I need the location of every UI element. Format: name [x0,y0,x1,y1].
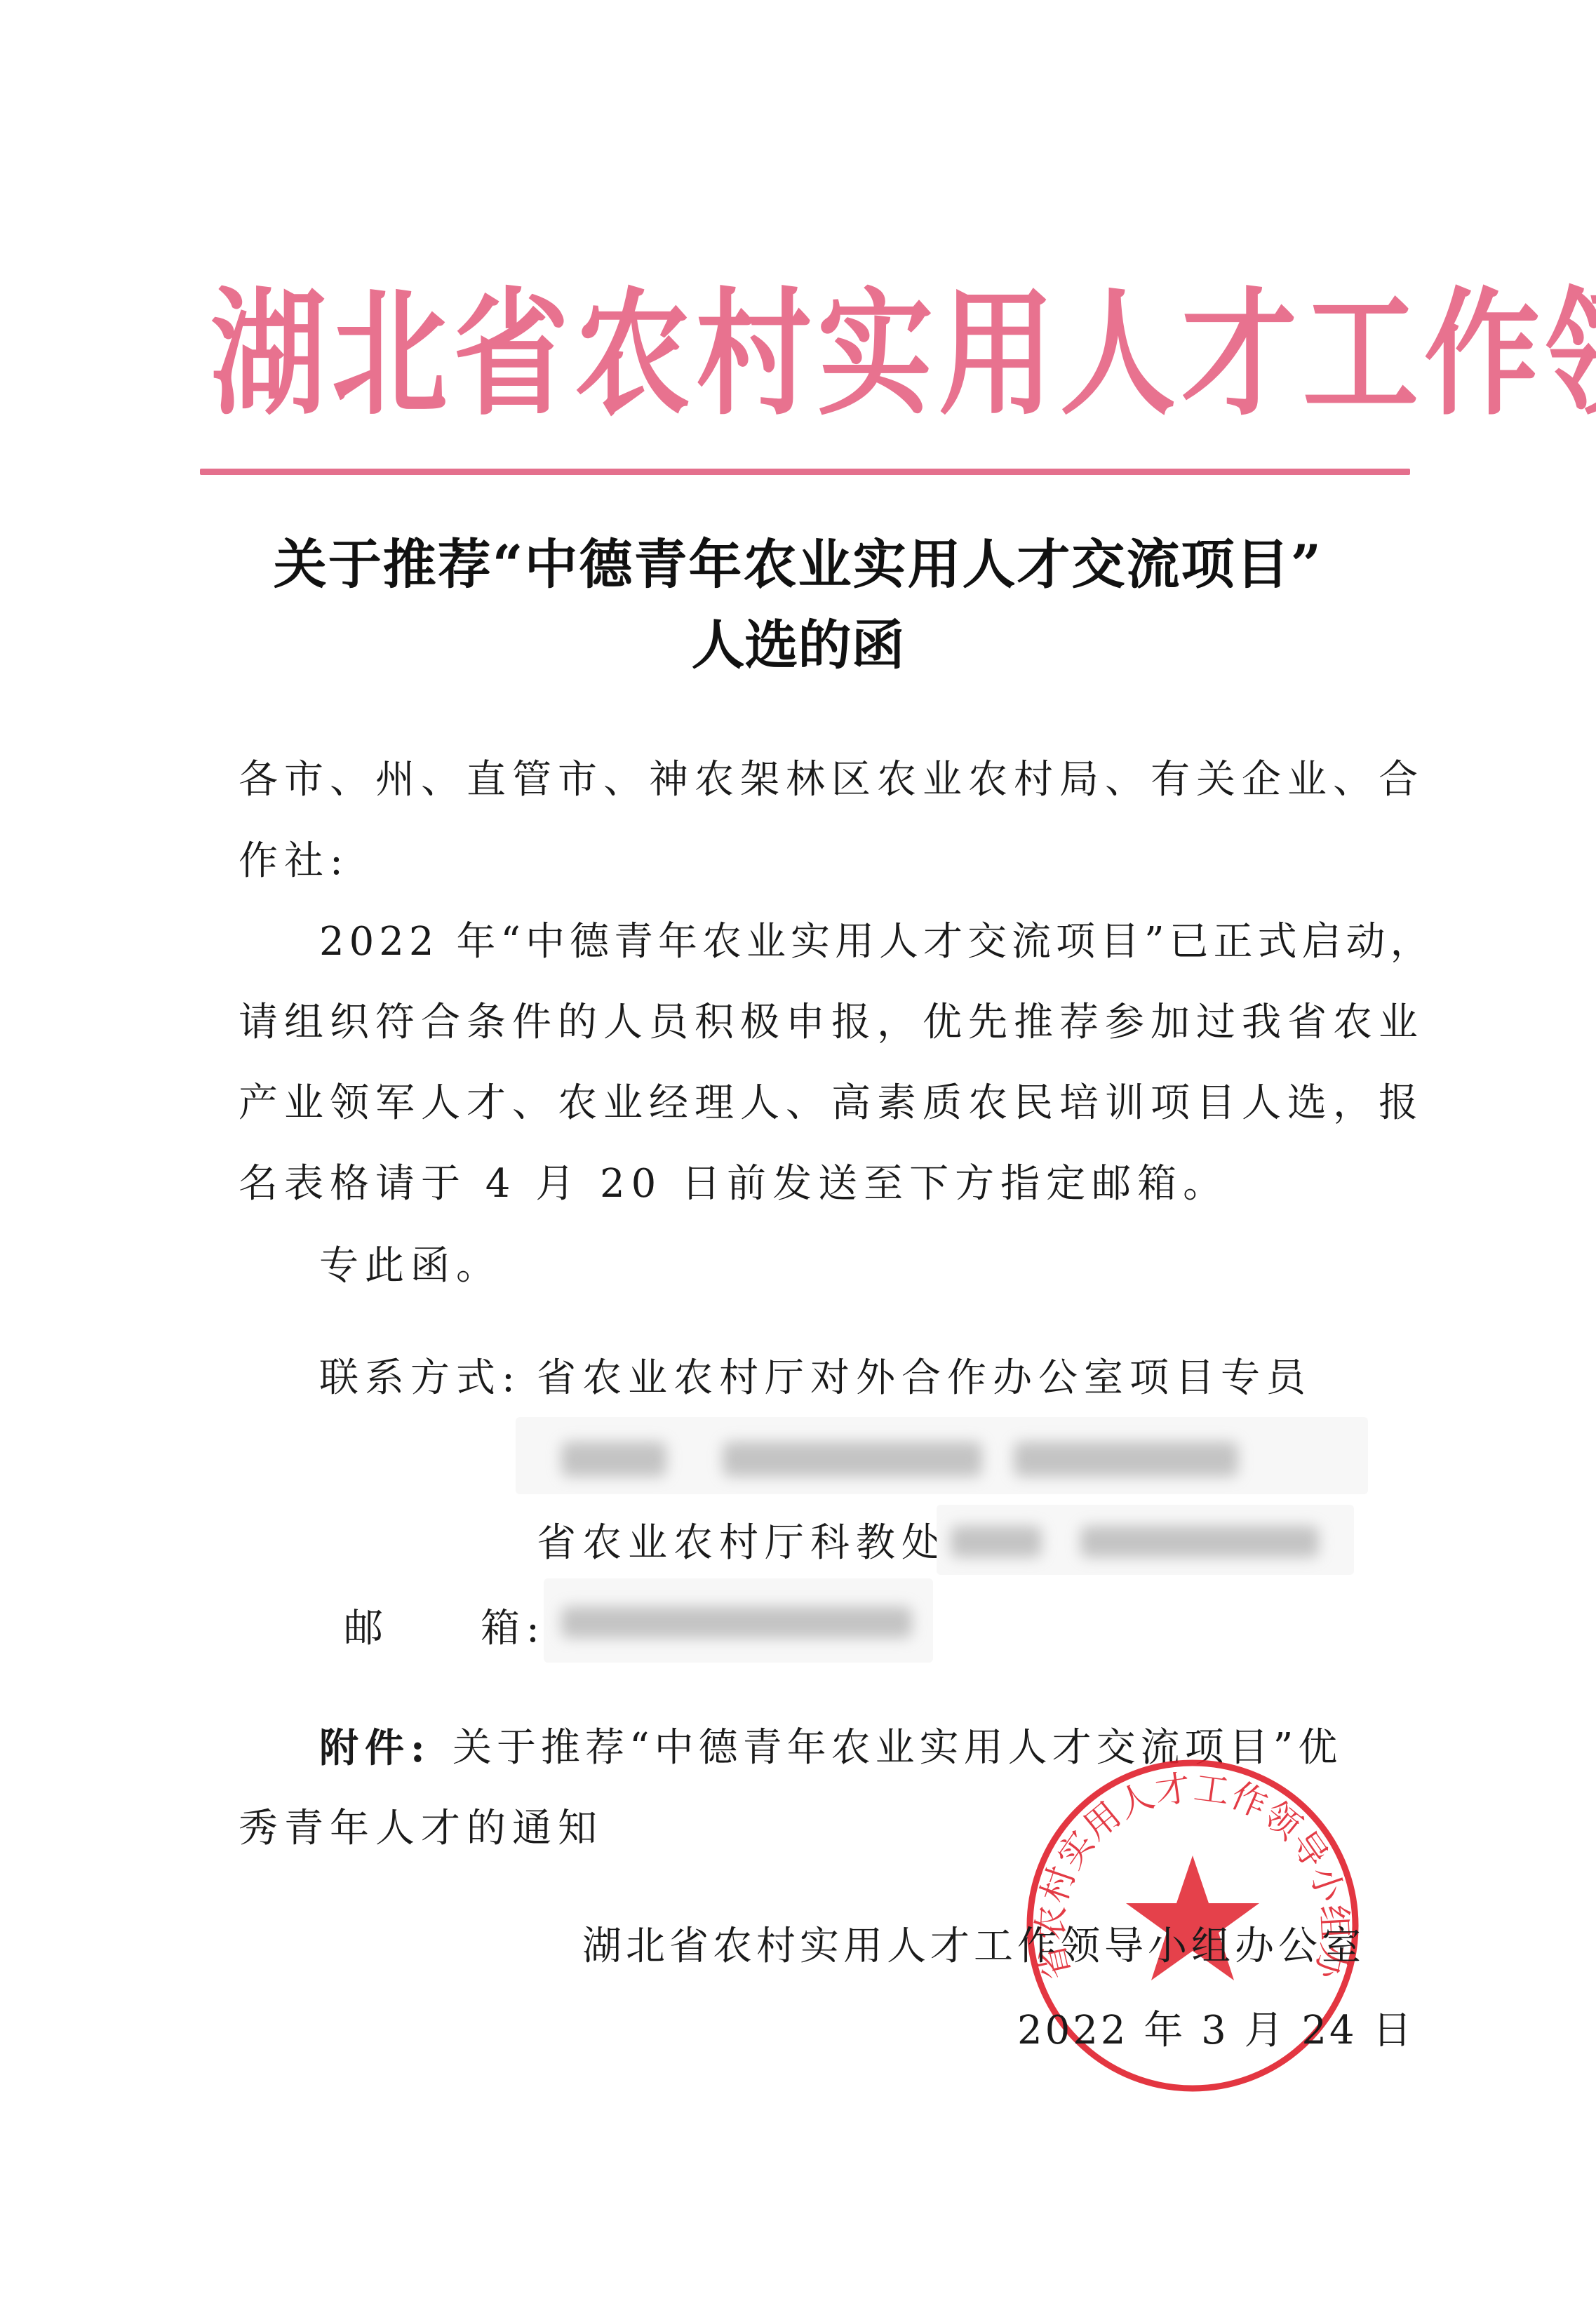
email-label-char-2: 箱: [481,1601,546,1657]
attachment-line-2: 秀青年人才的通知 [239,1801,603,1857]
closing-text: 专此函。 [319,1238,502,1294]
redacted-contact-2 [937,1505,1354,1575]
letterhead-organization: 湖北省农村实用人才工作领导小组办公室 [210,263,1410,445]
document-title-line-1: 关于推荐“中德青年农业实用人才交流项目” [0,530,1596,600]
body-line-4: 名表格请于 4 月 20 日前发送至下方指定邮箱。 [239,1156,1228,1212]
email-label-char-1: 邮 [344,1601,389,1657]
body-line-2: 请组织符合条件的人员积极申报，优先推荐参加过我省农业 [239,995,1424,1051]
body-line-3: 产业领军人才、农业经理人、高素质农民培训项目人选，报 [239,1075,1424,1132]
redacted-email [544,1578,933,1663]
salutation-line-1: 各市、州、直管市、神农架林区农业农村局、有关企业、合 [239,752,1424,808]
contact-office-1: 省农业农村厅对外合作办公室项目专员 [537,1350,1312,1407]
signature-date: 2022 年 3 月 24 日 [1017,2003,1414,2059]
contact-label: 联系方式: [319,1350,521,1407]
letterhead-divider [200,469,1410,475]
signature-organization: 湖北省农村实用人才工作领导小组办公室 [582,1919,1365,1975]
body-line-1: 2022 年“中德青年农业实用人才交流项目”已正式启动， [319,914,1435,970]
redacted-contact-1 [516,1417,1368,1494]
attachment-label: 附件: [319,1720,431,1776]
document-title-line-2: 人选的函 [0,610,1596,680]
salutation-line-2: 作社: [239,833,349,890]
letterhead-text: 湖北省农村实用人才工作领导小组办公室 [210,263,1596,445]
contact-office-2: 省农业农村厅科教处 [537,1515,947,1571]
